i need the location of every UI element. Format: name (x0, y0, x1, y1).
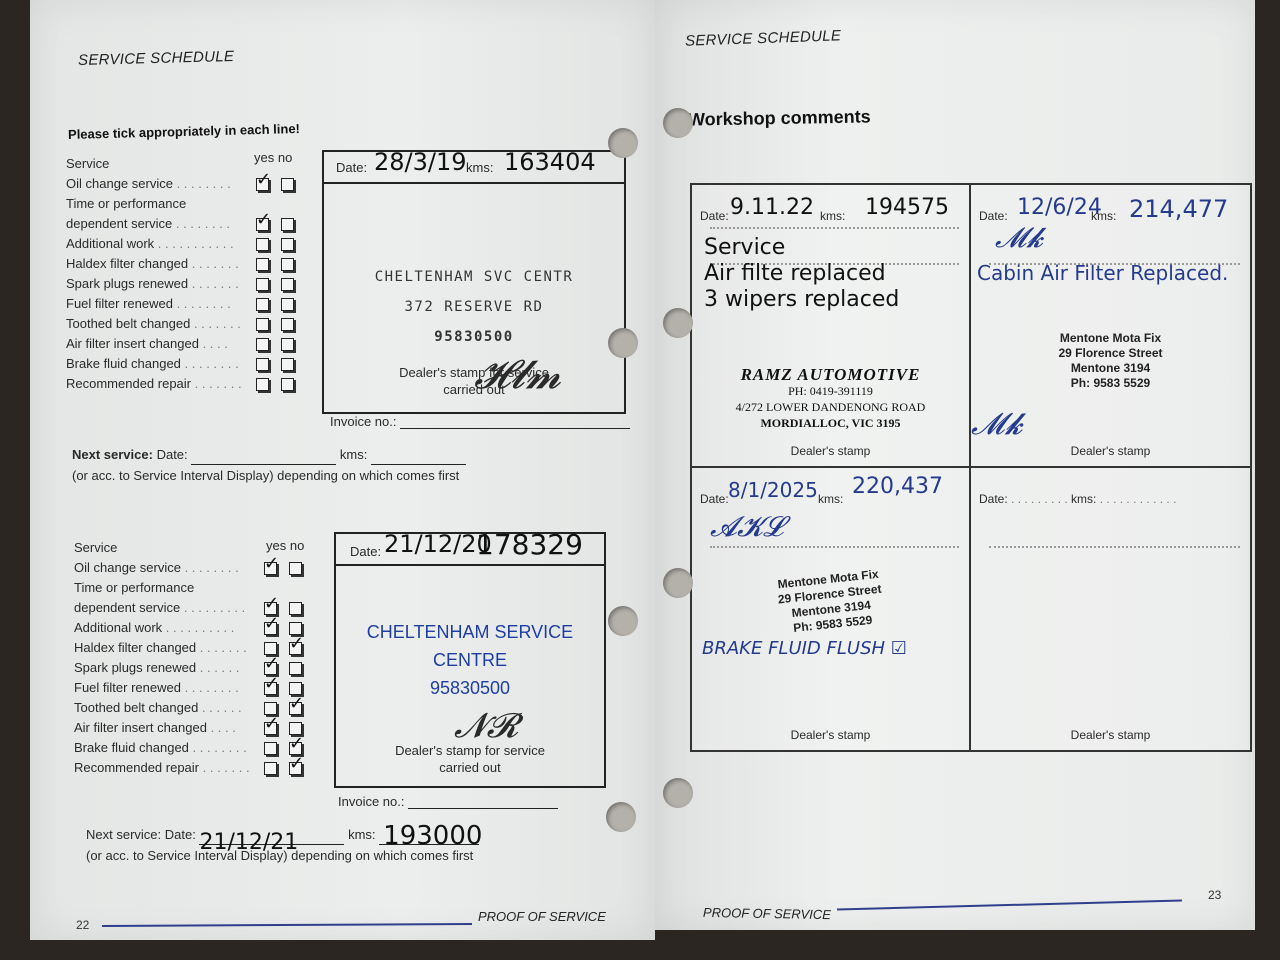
next-service: Next service: Date: kms: (or acc. to Ser… (72, 444, 466, 486)
checklist-label: Air filter insert changed . . . . (66, 334, 256, 354)
yes-checkbox[interactable] (256, 238, 269, 251)
comment-text: Service Air filte replaced 3 wipers repl… (704, 235, 899, 313)
comment-cell: Date: 8/1/2025 kms: 220,437 𝓐𝓚𝓛 Mentone … (692, 468, 971, 751)
checklist-label: Spark plugs renewed . . . . . . . (66, 274, 256, 294)
service-kms: 194575 (865, 195, 949, 220)
checklist-row: Additional work . . . . . . . . . . . (66, 234, 306, 254)
yes-checkbox[interactable] (264, 622, 277, 635)
running-head: SERVICE SCHEDULE (78, 48, 235, 69)
service-checklist: ServiceOil change service . . . . . . . … (66, 154, 306, 394)
invoice-value[interactable] (408, 808, 558, 809)
stamp-caption: Dealer's stamp (692, 728, 969, 742)
yes-checkbox[interactable] (264, 682, 277, 695)
next-date-field[interactable]: 21/12/21 (199, 844, 344, 845)
checklist-label: Recommended repair . . . . . . . (74, 758, 264, 778)
no-checkbox[interactable] (281, 258, 294, 271)
binder-hole (663, 778, 693, 808)
comment-line: Service (704, 235, 899, 261)
yes-checkbox[interactable] (256, 218, 269, 231)
dealer-stamp: CHELTENHAM SERVICE CENTRE 95830500 (336, 618, 604, 702)
next-service-note: (or acc. to Service Interval Display) de… (72, 465, 466, 486)
dealer-stamp: RAMZ AUTOMOTIVE PH: 0419-391119 4/272 LO… (692, 367, 969, 431)
comment-cell: Date: . . . . . . . . . kms: . . . . . .… (971, 468, 1250, 751)
kms-label: kms: (1071, 492, 1096, 506)
next-date-label: Date: (165, 827, 196, 842)
checklist-label: Fuel filter renewed . . . . . . . . (74, 678, 264, 698)
checklist-label: Service (66, 154, 256, 174)
checklist-row: dependent service . . . . . . . . (66, 214, 306, 234)
yes-checkbox[interactable] (256, 378, 269, 391)
stamp-line: RAMZ AUTOMOTIVE (692, 367, 969, 383)
checklist-label: Air filter insert changed . . . . (74, 718, 264, 738)
next-kms-label: kms: (340, 447, 367, 462)
signature: 𝓜𝓴 (971, 407, 1023, 442)
checklist-label: Additional work . . . . . . . . . . (74, 618, 264, 638)
workshop-comments-grid: Date: 9.11.22 kms: 194575 Service Air fi… (690, 183, 1252, 752)
signature: 𝓝𝓡 (454, 706, 518, 746)
footer-rule (837, 899, 1182, 910)
yes-checkbox[interactable] (256, 278, 269, 291)
checklist-label: Fuel filter renewed . . . . . . . . (66, 294, 256, 314)
stamp-caption: Dealer's stamp for service carried out (336, 742, 604, 776)
stamp-caption: Dealer's stamp (971, 728, 1250, 742)
binder-hole (606, 802, 636, 832)
checklist-label: Spark plugs renewed . . . . . . (74, 658, 264, 678)
stamp-caption: Dealer's stamp (692, 444, 969, 458)
no-checkbox[interactable] (289, 662, 302, 675)
signature: 𝓐𝓚𝓛 (710, 510, 783, 544)
binder-hole (663, 308, 693, 338)
checklist-label: Time or performance (74, 578, 264, 598)
stamp-caption: Dealer's stamp (971, 444, 1250, 458)
binder-hole (608, 328, 638, 358)
stamp-line: Mentone 3194 (971, 361, 1250, 376)
dealer-stamp: CHELTENHAM SVC CENTR 372 RESERVE RD 9583… (324, 262, 624, 352)
comment-line: 3 wipers replaced (704, 287, 899, 313)
binder-hole (608, 128, 638, 158)
signature: 𝓜𝓴 (995, 221, 1043, 255)
no-checkbox[interactable] (289, 642, 302, 655)
date-label: Date: (336, 160, 367, 175)
invoice-field: Invoice no.: (330, 414, 630, 429)
checklist-label: Brake fluid changed . . . . . . . . (66, 354, 256, 374)
dealer-stamp: Mentone Mota Fix 29 Florence Street Ment… (971, 331, 1250, 391)
checklist-row: Toothed belt changed . . . . . . . (66, 314, 306, 334)
stamp-line: CHELTENHAM SERVICE (336, 618, 604, 646)
page-title: Workshop comments (688, 106, 871, 130)
next-service: Next service: Date: 21/12/21 kms: 193000… (86, 824, 479, 866)
next-date-label: Date: (157, 447, 188, 462)
checklist-row: Air filter insert changed . . . . (66, 334, 306, 354)
date-label: Date: (700, 209, 729, 223)
page-number: 23 (1208, 888, 1221, 902)
no-checkbox[interactable] (281, 338, 294, 351)
date-kms-row: Date: . . . . . . . . . kms: . . . . . .… (979, 492, 1176, 506)
checklist-row: Oil change service . . . . . . . . (74, 558, 314, 578)
next-date-value: 21/12/21 (199, 832, 298, 853)
dotted-line (710, 227, 959, 229)
service-date: 9.11.22 (730, 195, 814, 220)
no-checkbox[interactable] (281, 218, 294, 231)
yes-checkbox[interactable] (256, 358, 269, 371)
checklist-label: Oil change service . . . . . . . . (74, 558, 264, 578)
service-checklist: ServiceOil change service . . . . . . . … (74, 538, 314, 778)
checklist-row: Haldex filter changed . . . . . . . (66, 254, 306, 274)
yes-checkbox[interactable] (256, 178, 269, 191)
date-label: Date: (350, 544, 381, 559)
no-checkbox[interactable] (281, 358, 294, 371)
checklist-label: Additional work . . . . . . . . . . . (66, 234, 256, 254)
next-kms-label: kms: (348, 827, 375, 842)
checklist-row: Fuel filter renewed . . . . . . . . (66, 294, 306, 314)
dealer-stamp-box: Date: 21/12/20 178329 CHELTENHAM SERVICE… (334, 532, 606, 788)
kms-label: kms: (820, 209, 845, 223)
next-service-label: Next service: (86, 827, 161, 842)
checklist-label: Oil change service . . . . . . . . (66, 174, 256, 194)
comment-cell: Date: 9.11.22 kms: 194575 Service Air fi… (692, 185, 971, 468)
binder-hole (663, 108, 693, 138)
checklist-row: Brake fluid changed . . . . . . . . (74, 738, 314, 758)
checklist-label: Haldex filter changed . . . . . . . (74, 638, 264, 658)
stamp-line: 29 Florence Street (971, 346, 1250, 361)
yes-checkbox[interactable] (264, 722, 277, 735)
no-checkbox[interactable] (281, 178, 294, 191)
date-kms-row: Date: 9.11.22 kms: 194575 (700, 209, 729, 223)
yes-checkbox[interactable] (264, 562, 277, 575)
no-checkbox[interactable] (281, 298, 294, 311)
no-checkbox[interactable] (281, 318, 294, 331)
invoice-value[interactable] (400, 428, 630, 429)
no-checkbox[interactable] (289, 602, 302, 615)
no-checkbox[interactable] (281, 238, 294, 251)
kms-label: kms: (466, 160, 493, 175)
dotted-line (989, 546, 1240, 548)
next-kms-field[interactable]: 193000 (379, 844, 479, 845)
stamp-line: CENTRE (336, 646, 604, 674)
invoice-label: Invoice no.: (338, 794, 405, 809)
binder-hole (663, 568, 693, 598)
checklist-label: dependent service . . . . . . . . (66, 214, 256, 234)
yes-checkbox[interactable] (256, 298, 269, 311)
yes-checkbox[interactable] (264, 762, 277, 775)
checklist-row: Air filter insert changed . . . . (74, 718, 314, 738)
service-kms: 163404 (504, 148, 596, 176)
stamp-line: CHELTENHAM SVC CENTR (324, 262, 624, 292)
checklist-label: Service (74, 538, 264, 558)
service-kms: 178329 (476, 528, 583, 561)
no-checkbox[interactable] (281, 278, 294, 291)
checklist-label: Recommended repair . . . . . . . (66, 374, 256, 394)
comment-line: Air filte replaced (704, 261, 899, 287)
footer-rule (102, 923, 472, 927)
right-page: SERVICE SCHEDULE Workshop comments Date:… (655, 0, 1255, 930)
dealer-stamp: Mentone Mota Fix 29 Florence Street Ment… (690, 557, 972, 646)
binder-hole (608, 606, 638, 636)
checklist-label: Time or performance (66, 194, 256, 214)
signature: 𝓗𝓵𝓶 (474, 352, 561, 398)
checklist-label: Brake fluid changed . . . . . . . . (74, 738, 264, 758)
kms-label: kms: (1091, 209, 1116, 223)
footer-label: PROOF OF SERVICE (703, 905, 831, 922)
service-kms: 220,437 (852, 474, 943, 499)
service-date: 8/1/2025 (728, 478, 818, 502)
tick-instruction: Please tick appropriately in each line! (68, 121, 300, 142)
date-label: Date: (979, 492, 1008, 506)
yes-checkbox[interactable] (256, 258, 269, 271)
yes-checkbox[interactable] (256, 338, 269, 351)
service-kms: 214,477 (1129, 195, 1228, 223)
no-checkbox[interactable] (289, 562, 302, 575)
checklist-row: Brake fluid changed . . . . . . . . (66, 354, 306, 374)
running-head: SERVICE SCHEDULE (685, 27, 842, 49)
invoice-field: Invoice no.: (338, 794, 558, 809)
no-checkbox[interactable] (281, 378, 294, 391)
checklist-row: Recommended repair . . . . . . . (66, 374, 306, 394)
dealer-stamp-box: Date: 28/3/19 kms: 163404 CHELTENHAM SVC… (322, 150, 626, 414)
stamp-line: 95830500 (336, 674, 604, 702)
stamp-line: 4/272 LOWER DANDENONG ROAD (692, 399, 969, 415)
stamp-line: Ph: 9583 5529 (971, 376, 1250, 391)
service-date: 12/6/24 (1017, 195, 1102, 220)
service-date: 28/3/19 (374, 148, 467, 176)
date-kms-row: Date: 28/3/19 kms: 163404 (324, 152, 624, 184)
yes-checkbox[interactable] (264, 742, 277, 755)
stamp-line: MORDIALLOC, VIC 3195 (692, 415, 969, 431)
date-label: Date: (700, 492, 729, 506)
footer-label: PROOF OF SERVICE (478, 909, 606, 924)
stamp-line: 95830500 (324, 322, 624, 352)
page-number: 22 (76, 918, 89, 932)
checklist-row: Recommended repair . . . . . . . (74, 758, 314, 778)
checklist-row: Spark plugs renewed . . . . . . . (66, 274, 306, 294)
checklist-row: Oil change service . . . . . . . . (66, 174, 306, 194)
stamp-line: Mentone Mota Fix (971, 331, 1250, 346)
next-service-label: Next service: (72, 447, 153, 462)
stamp-line: 372 RESERVE RD (324, 292, 624, 322)
comment-text: Cabin Air Filter Replaced. (977, 261, 1228, 285)
no-checkbox[interactable] (289, 702, 302, 715)
stamp-line: PH: 0419-391119 (692, 383, 969, 399)
checklist-row: Additional work . . . . . . . . . . (74, 618, 314, 638)
checklist-row: Fuel filter renewed . . . . . . . . (74, 678, 314, 698)
comment-cell: Date: 12/6/24 kms: 214,477 𝓜𝓴 Cabin Air … (971, 185, 1250, 468)
checklist-label: dependent service . . . . . . . . . (74, 598, 264, 618)
next-kms-value: 193000 (383, 826, 482, 847)
invoice-label: Invoice no.: (330, 414, 397, 429)
dotted-line (710, 546, 959, 548)
date-kms-row: Date: 8/1/2025 kms: 220,437 (700, 492, 729, 506)
checklist-label: Toothed belt changed . . . . . . . (66, 314, 256, 334)
kms-label: kms: (818, 492, 843, 506)
date-kms-row: Date: 21/12/20 178329 (336, 534, 604, 566)
checklist-label: Haldex filter changed . . . . . . . (66, 254, 256, 274)
checklist-label: Toothed belt changed . . . . . . (74, 698, 264, 718)
comment-text: BRAKE FLUID FLUSH ☑ (702, 638, 907, 659)
no-checkbox[interactable] (289, 762, 302, 775)
yes-checkbox[interactable] (256, 318, 269, 331)
left-page: SERVICE SCHEDULE Please tick appropriate… (30, 0, 655, 940)
caption-line: carried out (336, 759, 604, 776)
